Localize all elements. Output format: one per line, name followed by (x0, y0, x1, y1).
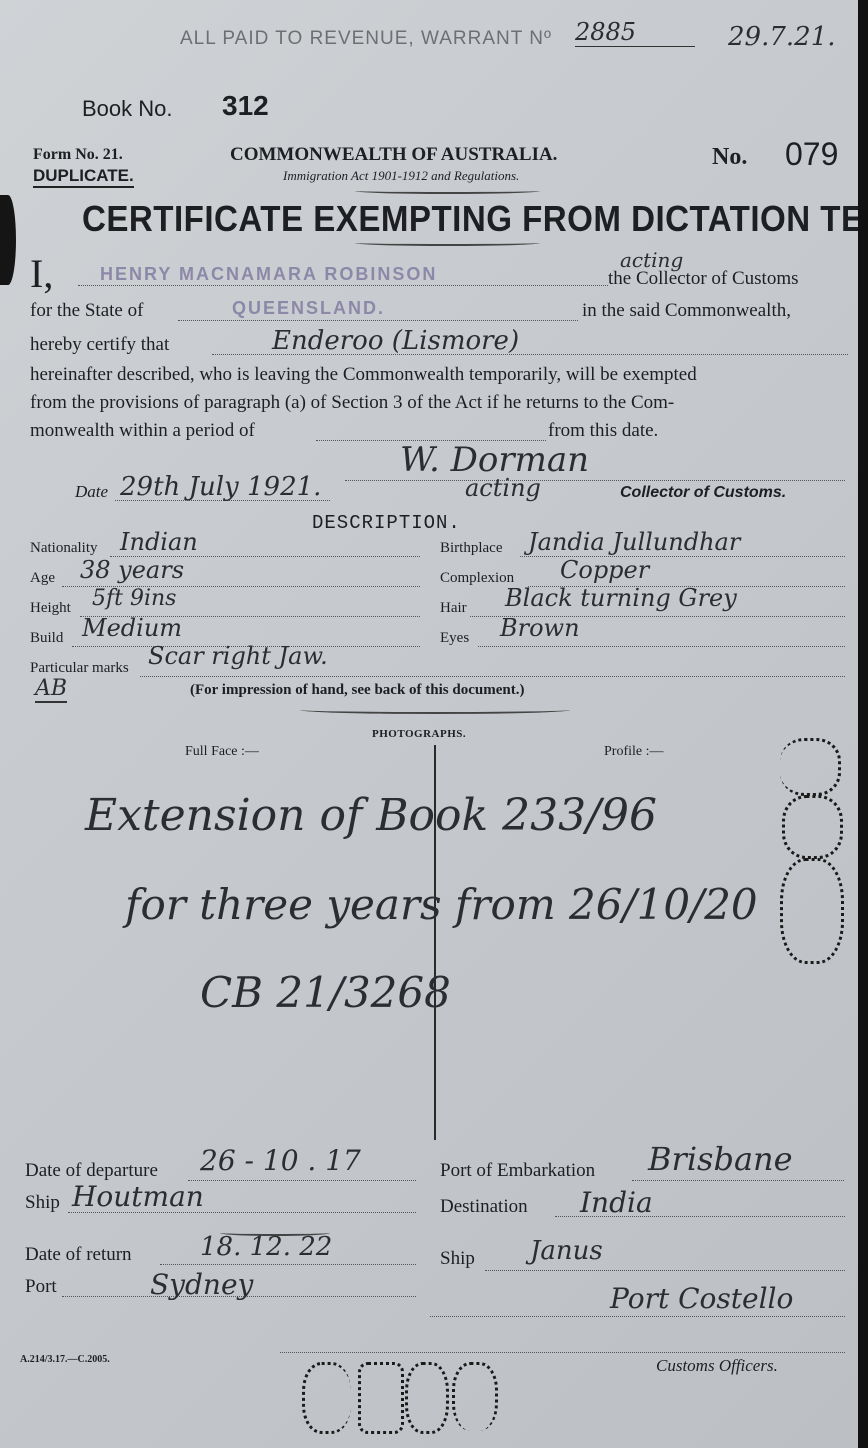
port-label: Port (25, 1276, 57, 1298)
certificate-title: CERTIFICATE EXEMPTING FROM DICTATION TES… (82, 198, 868, 240)
body-paragraph-2: from the provisions of paragraph (a) of … (30, 392, 674, 414)
collector-suffix: the Collector of Customs (608, 268, 799, 290)
commonwealth-heading: COMMONWEALTH OF AUSTRALIA. (230, 144, 557, 166)
return-ship-line (485, 1270, 845, 1271)
name-line (78, 285, 608, 286)
return-date-line (160, 1264, 416, 1265)
ornament-rule (355, 188, 540, 194)
hair-value: Black turning Grey (505, 584, 737, 612)
birthplace-value: Jandia Jullundhar (528, 528, 740, 556)
height-label: Height (30, 600, 71, 617)
perforation-c (780, 738, 841, 796)
certify-label: hereby certify that (30, 334, 169, 356)
act-subtitle: Immigration Act 1901-1912 and Regulation… (283, 168, 519, 184)
state-suffix: in the said Commonwealth, (582, 300, 791, 322)
eyes-label: Eyes (440, 630, 469, 647)
state-label: for the State of (30, 300, 143, 322)
eyes-value: Brown (500, 614, 580, 642)
nationality-value: Indian (120, 528, 198, 556)
date-value: 29th July 1921. (120, 472, 321, 502)
perforation-9 (782, 795, 843, 859)
destination-value: India (580, 1186, 653, 1219)
hair-label: Hair (440, 600, 467, 617)
eyes-line (478, 646, 845, 647)
collector-name: HENRY MACNAMARA ROBINSON (100, 264, 437, 285)
certificate-number: 079 (785, 136, 838, 173)
nationality-label: Nationality (30, 540, 98, 557)
perforation-s (405, 1362, 449, 1434)
embarkation-value: Brisbane (648, 1140, 793, 1178)
ornament-rule (300, 706, 570, 714)
marks-line (140, 676, 845, 677)
signature-line (345, 480, 845, 481)
build-value: Medium (82, 614, 182, 642)
customs-officers-label: Customs Officers. (656, 1356, 778, 1376)
certificate-number-label: No. (712, 144, 747, 171)
book-number-label: Book No. (82, 96, 173, 122)
extension-note-line-1: Extension of Book 233/96 (85, 790, 657, 841)
departure-label: Date of departure (25, 1160, 158, 1182)
officer-signature: Port Costello (610, 1282, 793, 1315)
perforation-g (358, 1362, 404, 1434)
departure-line (188, 1180, 416, 1181)
revenue-stamp: ALL PAID TO REVENUE, WARRANT Nº (180, 28, 552, 50)
return-date-label: Date of return (25, 1244, 132, 1266)
photographs-heading: PHOTOGRAPHS. (372, 728, 466, 740)
signer-title: Collector of Customs. (620, 484, 786, 502)
height-value: 5ft 9ins (92, 586, 176, 611)
complexion-label: Complexion (440, 570, 514, 587)
date-label: Date (75, 482, 108, 502)
stamp-date: 29.7.21. (728, 22, 836, 52)
ornament-rule (355, 240, 540, 246)
duplicate-label: DUPLICATE. (33, 166, 134, 188)
complexion-value: Copper (560, 556, 649, 584)
initials: AB (35, 676, 67, 703)
stamp-text: ALL PAID TO REVENUE, WARRANT Nº (180, 28, 552, 49)
perforation-n (452, 1362, 498, 1431)
destination-label: Destination (440, 1196, 528, 1218)
birthplace-label: Birthplace (440, 540, 502, 557)
return-ship-value: Janus (530, 1236, 603, 1266)
officer-line-2 (280, 1352, 845, 1353)
period-suffix: from this date. (548, 420, 658, 442)
officer-line-1 (430, 1316, 845, 1317)
description-heading: DESCRIPTION. (312, 512, 461, 534)
build-label: Build (30, 630, 63, 647)
embarkation-label: Port of Embarkation (440, 1160, 595, 1182)
profile-label: Profile :— (604, 744, 664, 760)
binding-hole (0, 195, 16, 285)
marks-label: Particular marks (30, 660, 129, 677)
perforation-0 (780, 858, 844, 964)
certificate-document: ALL PAID TO REVENUE, WARRANT Nº 2885 29.… (0, 0, 858, 1448)
body-paragraph-1: hereinafter described, who is leaving th… (30, 364, 697, 386)
state-line (178, 320, 578, 321)
book-number: 312 (222, 90, 269, 122)
print-code: A.214/3.17.—C.2005. (20, 1354, 110, 1365)
i-label: I, (30, 250, 53, 297)
body-paragraph-3: monwealth within a period of (30, 420, 255, 442)
ship-value: Houtman (72, 1180, 204, 1213)
person-name: Enderoo (Lismore) (272, 326, 519, 356)
embarkation-line (632, 1180, 844, 1181)
scan-edge (858, 0, 868, 1448)
full-face-label: Full Face :— (185, 744, 259, 760)
extension-note-line-2: for three years from 26/10/20 (125, 880, 758, 929)
return-ship-label: Ship (440, 1248, 475, 1270)
extension-note-line-3: CB 21/3268 (200, 968, 451, 1017)
port-value: Sydney (150, 1268, 253, 1301)
state-value: QUEENSLAND. (232, 298, 385, 319)
hand-impression-note: (For impression of hand, see back of thi… (190, 682, 524, 699)
ship-label: Ship (25, 1192, 60, 1214)
signer-acting: acting (465, 474, 541, 502)
marks-value: Scar right Jaw. (148, 642, 328, 670)
warrant-number: 2885 (575, 18, 695, 47)
perforation-c (302, 1362, 351, 1434)
age-label: Age (30, 570, 55, 587)
form-number: Form No. 21. (33, 146, 123, 164)
departure-value: 26 - 10 . 17 (200, 1144, 361, 1177)
return-date-value: 18. 12. 22 (200, 1232, 332, 1262)
age-value: 38 years (80, 556, 184, 584)
